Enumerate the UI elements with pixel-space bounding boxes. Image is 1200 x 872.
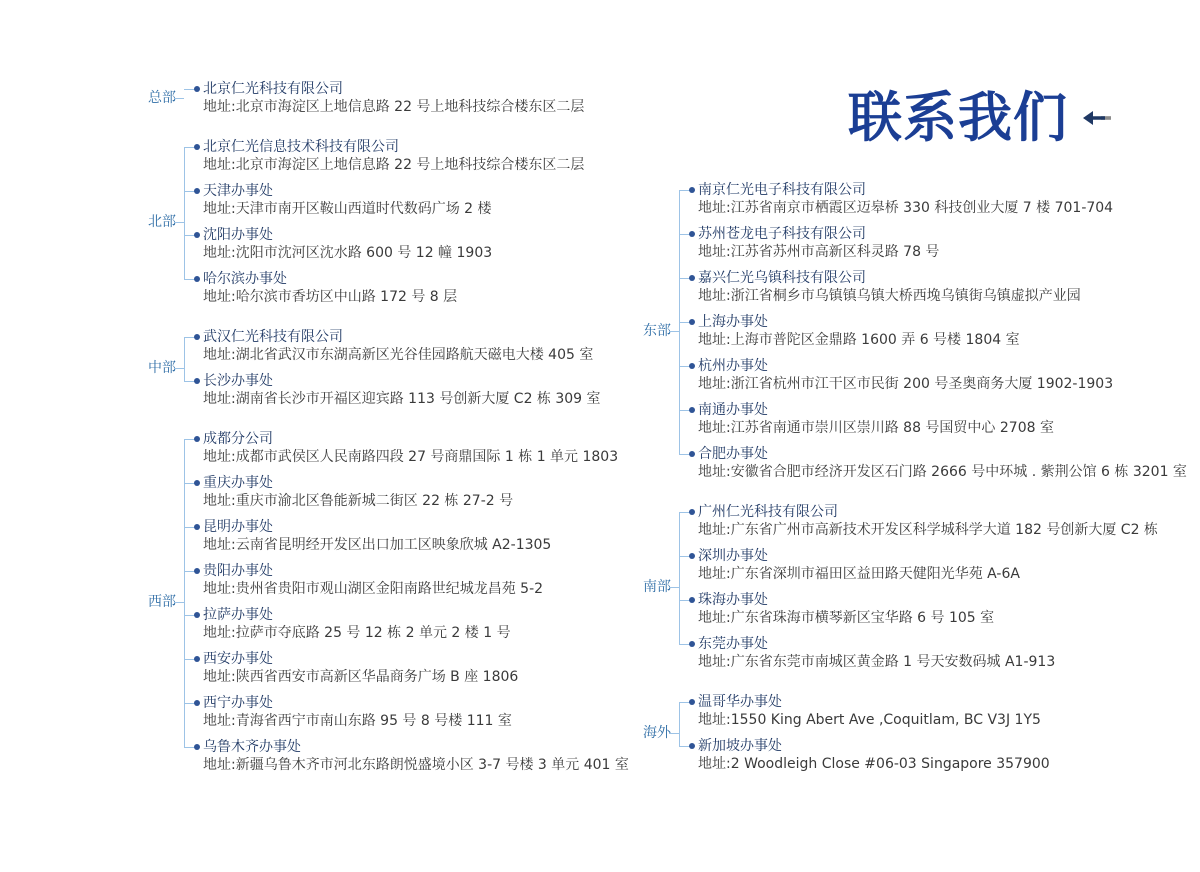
bullet-icon	[194, 378, 200, 384]
region-group: 东部 南京仁光电子科技有限公司 地址:江苏省南京市栖霞区迈皋桥 330 科技创业…	[643, 181, 1143, 481]
entry-list: 成都分公司 地址:成都市武侯区人民南路四段 27 号商鼎国际 1 栋 1 单元 …	[184, 430, 608, 774]
bullet-icon	[194, 144, 200, 150]
office-entry: 长沙办事处 地址:湖南省长沙市开福区迎宾路 113 号创新大厦 C2 栋 309…	[184, 372, 608, 408]
office-entry: 南通办事处 地址:江苏省南通市崇川区崇川路 88 号国贸中心 2708 室	[679, 401, 1143, 437]
office-address: 地址:江苏省苏州市高新区科灵路 78 号	[698, 243, 1143, 261]
office-address: 地址:广东省珠海市横琴新区宝华路 6 号 105 室	[698, 609, 1143, 627]
office-address: 地址:北京市海淀区上地信息路 22 号上地科技综合楼东区二层	[203, 156, 608, 174]
region-connector-line	[669, 587, 679, 588]
entry-list: 武汉仁光科技有限公司 地址:湖北省武汉市东湖高新区光谷佳园路航天磁电大楼 405…	[184, 328, 608, 408]
bullet-icon	[194, 480, 200, 486]
office-name: 上海办事处	[698, 313, 1143, 331]
office-name: 苏州苍龙电子科技有限公司	[698, 225, 1143, 243]
office-entry: 新加坡办事处 地址:2 Woodleigh Close #06-03 Singa…	[679, 737, 1143, 773]
office-name: 合肥办事处	[698, 445, 1143, 463]
office-entry: 嘉兴仁光乌镇科技有限公司 地址:浙江省桐乡市乌镇镇乌镇大桥西堍乌镇街乌镇虚拟产业…	[679, 269, 1143, 305]
office-name: 拉萨办事处	[203, 606, 608, 624]
office-entry: 北京仁光信息技术科技有限公司 地址:北京市海淀区上地信息路 22 号上地科技综合…	[184, 138, 608, 174]
office-address: 地址:贵州省贵阳市观山湖区金阳南路世纪城龙昌苑 5-2	[203, 580, 608, 598]
office-entry: 拉萨办事处 地址:拉萨市夺底路 25 号 12 栋 2 单元 2 楼 1 号	[184, 606, 608, 642]
page-title: 联系我们	[848, 88, 1068, 148]
office-entry: 贵阳办事处 地址:贵州省贵阳市观山湖区金阳南路世纪城龙昌苑 5-2	[184, 562, 608, 598]
bullet-icon	[689, 363, 695, 369]
office-entry: 武汉仁光科技有限公司 地址:湖北省武汉市东湖高新区光谷佳园路航天磁电大楼 405…	[184, 328, 608, 364]
region-connector-line	[174, 98, 184, 99]
contact-page: 联系我们 总部 北京仁光科技有限公司 地址:北京市海淀区上地信息路 22 号上地…	[0, 0, 1200, 872]
office-name: 昆明办事处	[203, 518, 608, 536]
office-entry: 广州仁光科技有限公司 地址:广东省广州市高新技术开发区科学城科学大道 182 号…	[679, 503, 1143, 539]
office-name: 贵阳办事处	[203, 562, 608, 580]
office-address: 地址:广东省广州市高新技术开发区科学城科学大道 182 号创新大厦 C2 栋	[698, 521, 1143, 539]
office-name: 南京仁光电子科技有限公司	[698, 181, 1143, 199]
bullet-icon	[689, 319, 695, 325]
region-label: 总部	[148, 89, 174, 107]
region-connector-line	[174, 602, 184, 603]
office-name: 南通办事处	[698, 401, 1143, 419]
office-entry: 上海办事处 地址:上海市普陀区金鼎路 1600 弄 6 号楼 1804 室	[679, 313, 1143, 349]
office-address: 地址:安徽省合肥市经济开发区石门路 2666 号中环城 . 紫荆公馆 6 栋 3…	[698, 463, 1143, 481]
bullet-icon	[689, 407, 695, 413]
region-label: 北部	[148, 213, 174, 231]
office-entry: 昆明办事处 地址:云南省昆明经开发区出口加工区映象欣城 A2-1305	[184, 518, 608, 554]
entry-list: 南京仁光电子科技有限公司 地址:江苏省南京市栖霞区迈皋桥 330 科技创业大厦 …	[679, 181, 1143, 481]
office-name: 北京仁光信息技术科技有限公司	[203, 138, 608, 156]
region-connector-line	[669, 733, 679, 734]
region-label: 海外	[643, 724, 669, 742]
back-arrow-icon	[1082, 109, 1112, 127]
office-address: 地址:北京市海淀区上地信息路 22 号上地科技综合楼东区二层	[203, 98, 608, 116]
entry-list: 广州仁光科技有限公司 地址:广东省广州市高新技术开发区科学城科学大道 182 号…	[679, 503, 1143, 671]
office-entry: 合肥办事处 地址:安徽省合肥市经济开发区石门路 2666 号中环城 . 紫荆公馆…	[679, 445, 1143, 481]
bullet-icon	[194, 612, 200, 618]
region-label: 西部	[148, 593, 174, 611]
region-group: 西部 成都分公司 地址:成都市武侯区人民南路四段 27 号商鼎国际 1 栋 1 …	[148, 430, 608, 774]
bullet-icon	[194, 700, 200, 706]
office-name: 东莞办事处	[698, 635, 1143, 653]
office-entry: 重庆办事处 地址:重庆市渝北区鲁能新城二街区 22 栋 27-2 号	[184, 474, 608, 510]
office-address: 地址:沈阳市沈河区沈水路 600 号 12 幢 1903	[203, 244, 608, 262]
office-address: 地址:新疆乌鲁木齐市河北东路朗悦盛境小区 3-7 号楼 3 单元 401 室	[203, 756, 608, 774]
region-group: 南部 广州仁光科技有限公司 地址:广东省广州市高新技术开发区科学城科学大道 18…	[643, 503, 1143, 671]
region-group: 北部 北京仁光信息技术科技有限公司 地址:北京市海淀区上地信息路 22 号上地科…	[148, 138, 608, 306]
office-address: 地址:天津市南开区鞍山西道时代数码广场 2 楼	[203, 200, 608, 218]
office-address: 地址:江苏省南京市栖霞区迈皋桥 330 科技创业大厦 7 楼 701-704	[698, 199, 1143, 217]
bullet-icon	[689, 275, 695, 281]
title-block: 联系我们	[848, 88, 1112, 148]
column-right: 东部 南京仁光电子科技有限公司 地址:江苏省南京市栖霞区迈皋桥 330 科技创业…	[643, 181, 1143, 795]
region-label: 南部	[643, 578, 669, 596]
bullet-icon	[194, 86, 200, 92]
bullet-icon	[689, 641, 695, 647]
office-entry: 温哥华办事处 地址:1550 King Abert Ave ,Coquitlam…	[679, 693, 1143, 729]
bullet-icon	[689, 699, 695, 705]
office-name: 广州仁光科技有限公司	[698, 503, 1143, 521]
region-group: 海外 温哥华办事处 地址:1550 King Abert Ave ,Coquit…	[643, 693, 1143, 773]
office-address: 地址:上海市普陀区金鼎路 1600 弄 6 号楼 1804 室	[698, 331, 1143, 349]
bullet-icon	[689, 553, 695, 559]
office-name: 哈尔滨办事处	[203, 270, 608, 288]
office-entry: 北京仁光科技有限公司 地址:北京市海淀区上地信息路 22 号上地科技综合楼东区二…	[184, 80, 608, 116]
office-entry: 西宁办事处 地址:青海省西宁市南山东路 95 号 8 号楼 111 室	[184, 694, 608, 730]
office-entry: 苏州苍龙电子科技有限公司 地址:江苏省苏州市高新区科灵路 78 号	[679, 225, 1143, 261]
bullet-icon	[689, 231, 695, 237]
entry-list: 北京仁光信息技术科技有限公司 地址:北京市海淀区上地信息路 22 号上地科技综合…	[184, 138, 608, 306]
office-name: 杭州办事处	[698, 357, 1143, 375]
office-address: 地址:湖北省武汉市东湖高新区光谷佳园路航天磁电大楼 405 室	[203, 346, 608, 364]
bullet-icon	[194, 188, 200, 194]
office-address: 地址:湖南省长沙市开福区迎宾路 113 号创新大厦 C2 栋 309 室	[203, 390, 608, 408]
bullet-icon	[194, 568, 200, 574]
bullet-icon	[194, 744, 200, 750]
bullet-icon	[194, 232, 200, 238]
office-name: 重庆办事处	[203, 474, 608, 492]
bullet-icon	[689, 187, 695, 193]
bullet-icon	[689, 509, 695, 515]
office-entry: 深圳办事处 地址:广东省深圳市福田区益田路天健阳光华苑 A-6A	[679, 547, 1143, 583]
office-address: 地址:广东省东莞市南城区黄金路 1 号天安数码城 A1-913	[698, 653, 1143, 671]
office-entry: 成都分公司 地址:成都市武侯区人民南路四段 27 号商鼎国际 1 栋 1 单元 …	[184, 430, 608, 466]
bullet-icon	[194, 334, 200, 340]
office-entry: 天津办事处 地址:天津市南开区鞍山西道时代数码广场 2 楼	[184, 182, 608, 218]
office-address: 地址:拉萨市夺底路 25 号 12 栋 2 单元 2 楼 1 号	[203, 624, 608, 642]
region-connector-line	[669, 331, 679, 332]
office-address: 地址:江苏省南通市崇川区崇川路 88 号国贸中心 2708 室	[698, 419, 1143, 437]
office-name: 长沙办事处	[203, 372, 608, 390]
office-name: 珠海办事处	[698, 591, 1143, 609]
region-label: 中部	[148, 359, 174, 377]
office-name: 新加坡办事处	[698, 737, 1143, 755]
office-address: 地址:云南省昆明经开发区出口加工区映象欣城 A2-1305	[203, 536, 608, 554]
bullet-icon	[194, 656, 200, 662]
arrow-head	[1083, 111, 1105, 125]
office-entry: 乌鲁木齐办事处 地址:新疆乌鲁木齐市河北东路朗悦盛境小区 3-7 号楼 3 单元…	[184, 738, 608, 774]
office-name: 嘉兴仁光乌镇科技有限公司	[698, 269, 1143, 287]
bullet-icon	[194, 276, 200, 282]
office-address: 地址:1550 King Abert Ave ,Coquitlam, BC V3…	[698, 711, 1143, 729]
office-entry: 杭州办事处 地址:浙江省杭州市江干区市民街 200 号圣奥商务大厦 1902-1…	[679, 357, 1143, 393]
office-entry: 珠海办事处 地址:广东省珠海市横琴新区宝华路 6 号 105 室	[679, 591, 1143, 627]
bullet-icon	[689, 451, 695, 457]
bullet-icon	[689, 743, 695, 749]
office-name: 乌鲁木齐办事处	[203, 738, 608, 756]
office-entry: 沈阳办事处 地址:沈阳市沈河区沈水路 600 号 12 幢 1903	[184, 226, 608, 262]
office-name: 沈阳办事处	[203, 226, 608, 244]
bullet-icon	[194, 436, 200, 442]
office-address: 地址:浙江省桐乡市乌镇镇乌镇大桥西堍乌镇街乌镇虚拟产业园	[698, 287, 1143, 305]
office-name: 天津办事处	[203, 182, 608, 200]
office-address: 地址:青海省西宁市南山东路 95 号 8 号楼 111 室	[203, 712, 608, 730]
office-name: 成都分公司	[203, 430, 608, 448]
office-entry: 东莞办事处 地址:广东省东莞市南城区黄金路 1 号天安数码城 A1-913	[679, 635, 1143, 671]
entry-list: 北京仁光科技有限公司 地址:北京市海淀区上地信息路 22 号上地科技综合楼东区二…	[184, 80, 608, 116]
office-address: 地址:成都市武侯区人民南路四段 27 号商鼎国际 1 栋 1 单元 1803	[203, 448, 608, 466]
office-address: 地址:广东省深圳市福田区益田路天健阳光华苑 A-6A	[698, 565, 1143, 583]
bullet-icon	[194, 524, 200, 530]
office-address: 地址:2 Woodleigh Close #06-03 Singapore 35…	[698, 755, 1143, 773]
office-address: 地址:陕西省西安市高新区华晶商务广场 B 座 1806	[203, 668, 608, 686]
office-name: 温哥华办事处	[698, 693, 1143, 711]
office-name: 西安办事处	[203, 650, 608, 668]
region-connector-line	[174, 368, 184, 369]
office-name: 北京仁光科技有限公司	[203, 80, 608, 98]
office-address: 地址:重庆市渝北区鲁能新城二街区 22 栋 27-2 号	[203, 492, 608, 510]
region-label: 东部	[643, 322, 669, 340]
column-left: 总部 北京仁光科技有限公司 地址:北京市海淀区上地信息路 22 号上地科技综合楼…	[148, 80, 608, 796]
office-name: 西宁办事处	[203, 694, 608, 712]
office-address: 地址:哈尔滨市香坊区中山路 172 号 8 层	[203, 288, 608, 306]
office-entry: 哈尔滨办事处 地址:哈尔滨市香坊区中山路 172 号 8 层	[184, 270, 608, 306]
region-group: 总部 北京仁光科技有限公司 地址:北京市海淀区上地信息路 22 号上地科技综合楼…	[148, 80, 608, 116]
bullet-icon	[689, 597, 695, 603]
entry-list: 温哥华办事处 地址:1550 King Abert Ave ,Coquitlam…	[679, 693, 1143, 773]
region-connector-line	[174, 222, 184, 223]
office-name: 深圳办事处	[698, 547, 1143, 565]
region-group: 中部 武汉仁光科技有限公司 地址:湖北省武汉市东湖高新区光谷佳园路航天磁电大楼 …	[148, 328, 608, 408]
office-address: 地址:浙江省杭州市江干区市民街 200 号圣奥商务大厦 1902-1903	[698, 375, 1143, 393]
office-entry: 西安办事处 地址:陕西省西安市高新区华晶商务广场 B 座 1806	[184, 650, 608, 686]
office-entry: 南京仁光电子科技有限公司 地址:江苏省南京市栖霞区迈皋桥 330 科技创业大厦 …	[679, 181, 1143, 217]
office-name: 武汉仁光科技有限公司	[203, 328, 608, 346]
